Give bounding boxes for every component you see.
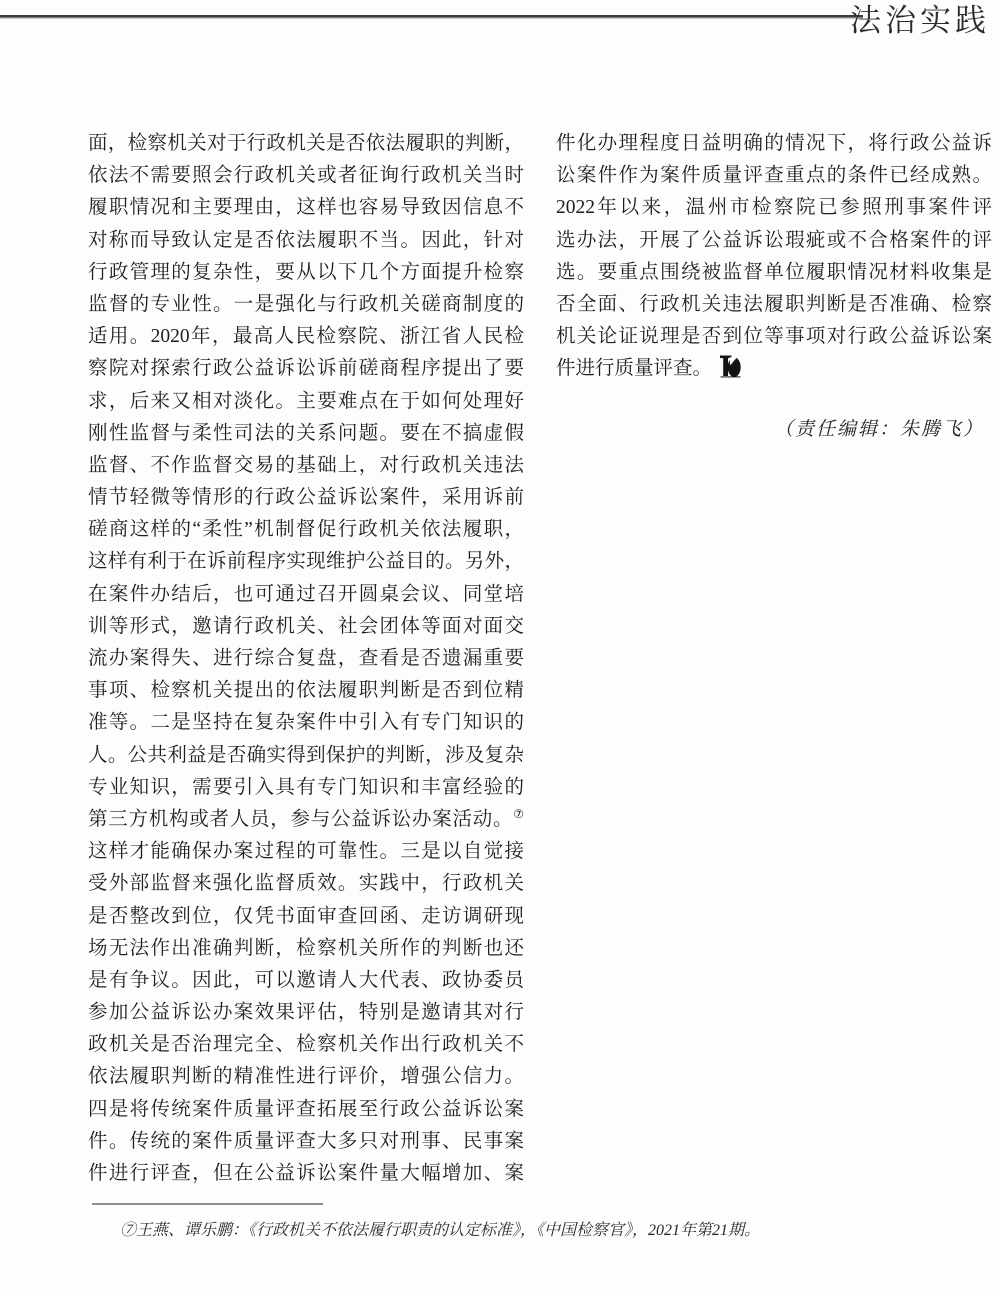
text-line: 履职情况和主要理由，这样也容易导致因信息不 — [88, 192, 524, 224]
text-line: 察院对探索行政公益诉讼诉前磋商程序提出了要 — [88, 353, 524, 385]
text-line: 第三方机构或者人员，参与公益诉讼办案活动。⑦ — [88, 804, 524, 836]
article-end-mark-icon — [720, 355, 741, 378]
left-column: 面，检察机关对于行政机关是否依法履职的判断，依法不需要照会行政机关或者征询行政机… — [88, 128, 524, 1190]
text-line: 监督的专业性。一是强化与行政机关磋商制度的 — [88, 289, 524, 321]
text-line: 专业知识，需要引入具有专门知识和丰富经验的 — [88, 772, 524, 804]
text-line: 人。公共利益是否确实得到保护的判断，涉及复杂 — [88, 740, 524, 772]
text-line: 选。要重点围绕被监督单位履职情况材料收集是 — [556, 257, 992, 289]
text-line: 适用。2020年，最高人民检察院、浙江省人民检 — [88, 321, 524, 353]
footnote-marker: ⑦ — [120, 1222, 136, 1239]
text-line: 情节轻微等情形的行政公益诉讼案件，采用诉前 — [88, 482, 524, 514]
text-line: 对称而导致认定是否依法履职不当。因此，针对 — [88, 225, 524, 257]
text-line: 监督、不作监督交易的基础上，对行政机关违法 — [88, 450, 524, 482]
text-line: 件化办理程度日益明确的情况下，将行政公益诉 — [556, 128, 992, 160]
text-line: 训等形式，邀请行政机关、社会团体等面对面交 — [88, 611, 524, 643]
right-column: 件化办理程度日益明确的情况下，将行政公益诉讼案件作为案件质量评查重点的条件已经成… — [556, 128, 992, 446]
text-line: 磋商这样的“柔性”机制督促行政机关依法履职， — [88, 514, 524, 546]
section-title: 法治实践 — [850, 0, 990, 42]
text-line: 场无法作出准确判断，检察机关所作的判断也还 — [88, 933, 524, 965]
text-line: 行政管理的复杂性，要从以下几个方面提升检察 — [88, 257, 524, 289]
text-line: 机关论证说理是否到位等事项对行政公益诉讼案 — [556, 321, 992, 353]
footnote-text: 王燕、谭乐鹏：《行政机关不依法履行职责的认定标准》，《中国检察官》，2021年第… — [136, 1222, 760, 1239]
text-line: 四是将传统案件质量评查拓展至行政公益诉讼案 — [88, 1094, 524, 1126]
text-line: 件进行质量评查。 — [556, 353, 992, 385]
text-line: 否全面、行政机关违法履职判断是否准确、检察 — [556, 289, 992, 321]
footnote-rule — [92, 1203, 323, 1205]
text-line: 准等。二是坚持在复杂案件中引入有专门知识的 — [88, 707, 524, 739]
text-line: 2022年以来，温州市检察院已参照刑事案件评 — [556, 192, 992, 224]
text-line: 这样才能确保办案过程的可靠性。三是以自觉接 — [88, 836, 524, 868]
text-line: 求，后来又相对淡化。主要难点在于如何处理好 — [88, 386, 524, 418]
text-line: 事项、检察机关提出的依法履职判断是否到位精 — [88, 675, 524, 707]
header-rule — [0, 15, 863, 19]
text-line: 是有争议。因此，可以邀请人大代表、政协委员 — [88, 965, 524, 997]
footnote-ref-mark: ⑦ — [513, 807, 524, 821]
text-line: 参加公益诉讼办案效果评估，特别是邀请其对行 — [88, 997, 524, 1029]
text-line: 依法不需要照会行政机关或者征询行政机关当时 — [88, 160, 524, 192]
text-line: 选办法，开展了公益诉讼瑕疵或不合格案件的评 — [556, 225, 992, 257]
text-line: 在案件办结后，也可通过召开圆桌会议、同堂培 — [88, 579, 524, 611]
text-line: 件进行评查，但在公益诉讼案件量大幅增加、案 — [88, 1158, 524, 1190]
right-column-text: 件化办理程度日益明确的情况下，将行政公益诉讼案件作为案件质量评查重点的条件已经成… — [556, 128, 992, 386]
text-line: 件。传统的案件质量评查大多只对刑事、民事案 — [88, 1126, 524, 1158]
journal-page: 法治实践 面，检察机关对于行政机关是否依法履职的判断，依法不需要照会行政机关或者… — [0, 0, 1000, 1296]
text-line: 受外部监督来强化监督质效。实践中，行政机关 — [88, 868, 524, 900]
text-line: 这样有利于在诉前程序实现维护公益目的。另外， — [88, 546, 524, 578]
text-line: 流办案得失、进行综合复盘，查看是否遗漏重要 — [88, 643, 524, 675]
text-line: 面，检察机关对于行政机关是否依法履职的判断， — [88, 128, 524, 160]
text-line: 讼案件作为案件质量评查重点的条件已经成熟。 — [556, 160, 992, 192]
text-line: 是否整改到位，仅凭书面审查回函、走访调研现 — [88, 901, 524, 933]
text-line: 刚性监督与柔性司法的关系问题。要在不搞虚假 — [88, 418, 524, 450]
text-line: 依法履职判断的精准性进行评价，增强公信力。 — [88, 1061, 524, 1093]
text-line: 政机关是否治理完全、检察机关作出行政机关不 — [88, 1029, 524, 1061]
footnote: ⑦王燕、谭乐鹏：《行政机关不依法履行职责的认定标准》，《中国检察官》，2021年… — [88, 1218, 828, 1244]
editor-note: （责任编辑：朱腾飞） — [556, 414, 992, 446]
